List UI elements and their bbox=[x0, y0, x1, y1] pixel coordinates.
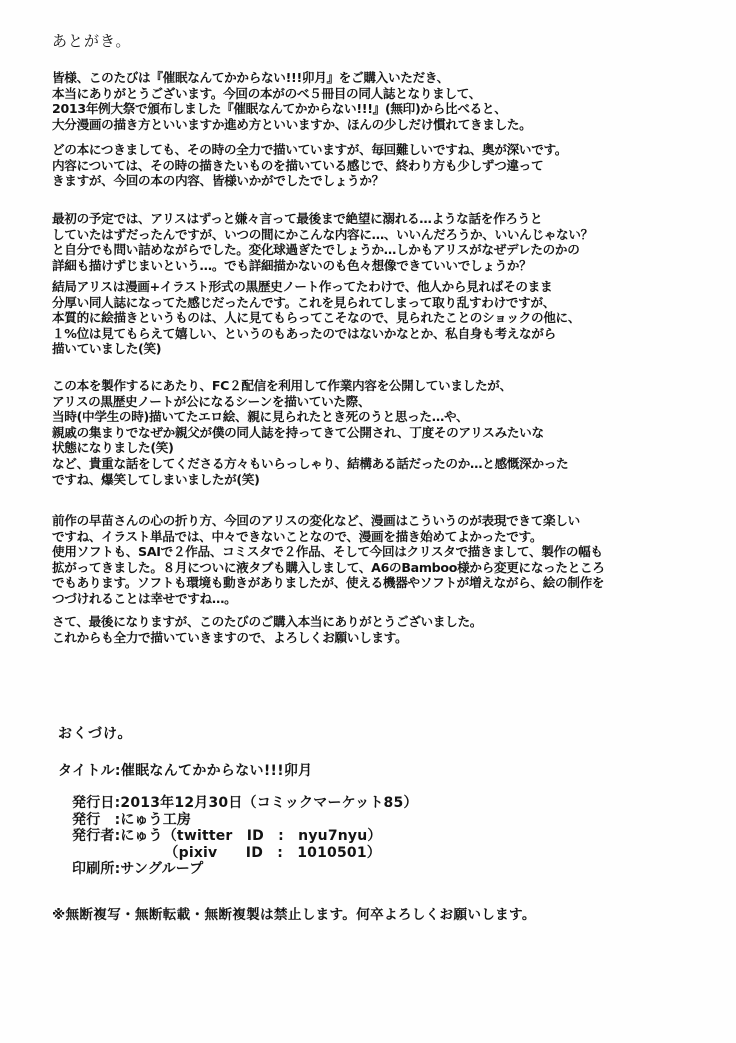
afterword-heading: あとがき。 bbox=[52, 30, 131, 51]
colophon-label: 発行 bbox=[72, 812, 115, 829]
colophon-label: 印刷所 bbox=[72, 861, 115, 878]
text-line: 内容については、その時の描きたいものを描いている感じで、終わり方も少しずつ違って bbox=[52, 158, 712, 174]
text-line: 結局アリスは漫画+イラスト形式の黒歴史ノート作ってたわけで、他人から見ればそのま… bbox=[52, 279, 712, 295]
colophon-title-line: タイトル:催眠なんてかからない!!!卯月 bbox=[58, 760, 312, 780]
colophon-label: 発行者 bbox=[72, 828, 115, 845]
text-line: ですね、爆笑してしまいましたが(笑) bbox=[52, 472, 712, 488]
colophon-value: :サングループ bbox=[115, 861, 204, 878]
text-line: など、貴重な話をしてくださる方々もいらっしゃり、結構ある話だったのか…と感慨深か… bbox=[52, 456, 712, 472]
text-line: 親戚の集まりでなぜか親父が僕の同人誌を持ってきて公開され、丁度そのアリスみたいな bbox=[52, 425, 712, 441]
colophon-row-publisher: 発行 :にゅう工房 bbox=[72, 812, 418, 829]
afterword-paragraph-3: 最初の予定では、アリスはずっと嫌々言って最後まで絶望に溺れる…ような話を作ろうと… bbox=[52, 211, 712, 273]
text-line: 最初の予定では、アリスはずっと嫌々言って最後まで絶望に溺れる…ような話を作ろうと bbox=[52, 211, 712, 227]
text-line: つづけれることは幸せですね…。 bbox=[52, 591, 712, 607]
text-line: この本を製作するにあたり、FC２配信を利用して作業内容を公開していましたが、 bbox=[52, 378, 712, 394]
text-line: どの本につきましても、その時の全力で描いていますが、毎回難しいですね、奥が深いで… bbox=[52, 142, 712, 158]
text-line: 描いていました(笑) bbox=[52, 341, 712, 357]
copyright-notice: ※無断複写・無断転載・無断複製は禁止します。何卒よろしくお願いします。 bbox=[52, 903, 536, 923]
afterword-paragraph-6: 前作の早苗さんの心の折り方、今回のアリスの変化など、漫画はこういうのが表現できて… bbox=[52, 513, 712, 607]
text-line: と自分でも問い詰めながらでした。変化球過ぎたでしょうか…しかもアリスがなぜデレた… bbox=[52, 242, 712, 258]
colophon-label bbox=[72, 845, 115, 862]
colophon-details: 発行日:2013年12月30日（コミックマーケット85） 発行 :にゅう工房 発… bbox=[72, 795, 418, 878]
text-line: 大分漫画の描き方といいますか進め方といいますか、ほんの少しだけ慣れてきました。 bbox=[52, 117, 712, 133]
afterword-paragraph-1: 皆様、このたびは『催眠なんてかからない!!!卯月』をご購入いただき、 本当にあり… bbox=[52, 70, 712, 132]
title-label: タイトル: bbox=[58, 763, 121, 779]
afterword-paragraph-2: どの本につきましても、その時の全力で描いていますが、毎回難しいですね、奥が深いで… bbox=[52, 142, 712, 189]
colophon-label: 発行日 bbox=[72, 795, 115, 812]
text-line: これからも全力で描いていきますので、よろしくお願いします。 bbox=[52, 630, 712, 646]
title-value: 催眠なんてかからない!!!卯月 bbox=[121, 763, 313, 779]
text-line: 拡がってきました。８月についに液タブも購入しまして、A6のBamboo様から変更… bbox=[52, 560, 712, 576]
colophon-row-author-pixiv: （pixiv ID : 1010501） bbox=[72, 845, 418, 862]
colophon-value: :2013年12月30日（コミックマーケット85） bbox=[115, 795, 418, 812]
colophon-row-author: 発行者:にゅう（twitter ID : nyu7nyu） bbox=[72, 828, 418, 845]
text-line: 前作の早苗さんの心の折り方、今回のアリスの変化など、漫画はこういうのが表現できて… bbox=[52, 513, 712, 529]
text-line: 当時(中学生の時)描いてたエロ絵、親に見られたとき死のうと思った…や、 bbox=[52, 409, 712, 425]
scanned-page: あとがき。 皆様、このたびは『催眠なんてかからない!!!卯月』をご購入いただき、… bbox=[0, 0, 736, 1043]
text-line: ですね、イラスト単品では、中々できないことなので、漫画を描き始めてよかったです。 bbox=[52, 529, 712, 545]
afterword-paragraph-7: さて、最後になりますが、このたびのご購入本当にありがとうございました。 これから… bbox=[52, 614, 712, 645]
colophon-value: :にゅう（twitter ID : nyu7nyu） bbox=[115, 828, 382, 845]
text-line: 詳細も描けずじまいという…。でも詳細描かないのも色々想像できていいでしょうか？ bbox=[52, 258, 712, 274]
text-line: 使用ソフトも、SAIで２作品、コミスタで２作品、そして今回はクリスタで描きまして… bbox=[52, 544, 712, 560]
text-line: 本当にありがとうございます。今回の本がのべ５冊目の同人誌となりまして、 bbox=[52, 86, 712, 102]
colophon-row-issue-date: 発行日:2013年12月30日（コミックマーケット85） bbox=[72, 795, 418, 812]
colophon-heading: おくづけ。 bbox=[58, 723, 132, 743]
text-line: 本質的に絵描きというものは、人に見てもらってこそなので、見られたことのショックの… bbox=[52, 310, 712, 326]
text-line: さて、最後になりますが、このたびのご購入本当にありがとうございました。 bbox=[52, 614, 712, 630]
colophon-value: :にゅう工房 bbox=[115, 812, 192, 829]
text-line: でもあります。ソフトも環境も動きがありましたが、使える機器やソフトが増えながら、… bbox=[52, 575, 712, 591]
text-line: アリスの黒歴史ノートが公になるシーンを描いていた際、 bbox=[52, 394, 712, 410]
text-line: していたはずだったんですが、いつの間にかこんな内容に…、いいんだろうか、いいんじ… bbox=[52, 227, 712, 243]
afterword-paragraph-4: 結局アリスは漫画+イラスト形式の黒歴史ノート作ってたわけで、他人から見ればそのま… bbox=[52, 279, 712, 357]
colophon-value: （pixiv ID : 1010501） bbox=[115, 845, 381, 862]
text-line: 皆様、このたびは『催眠なんてかからない!!!卯月』をご購入いただき、 bbox=[52, 70, 712, 86]
text-line: 2013年例大祭で頒布しました『催眠なんてかからない!!!』(無印)から比べると… bbox=[52, 101, 712, 117]
text-line: 状態になりました(笑) bbox=[52, 440, 712, 456]
text-line: １%位は見てもらえて嬉しい、というのもあったのではないかなとか、私自身も考えなが… bbox=[52, 326, 712, 342]
text-line: きますが、今回の本の内容、皆様いかがでしたでしょうか？ bbox=[52, 173, 712, 189]
afterword-paragraph-5: この本を製作するにあたり、FC２配信を利用して作業内容を公開していましたが、 ア… bbox=[52, 378, 712, 487]
text-line: 分厚い同人誌になってた感じだったんです。これを見られてしまって取り乱すわけですが… bbox=[52, 295, 712, 311]
colophon-row-printer: 印刷所:サングループ bbox=[72, 861, 418, 878]
